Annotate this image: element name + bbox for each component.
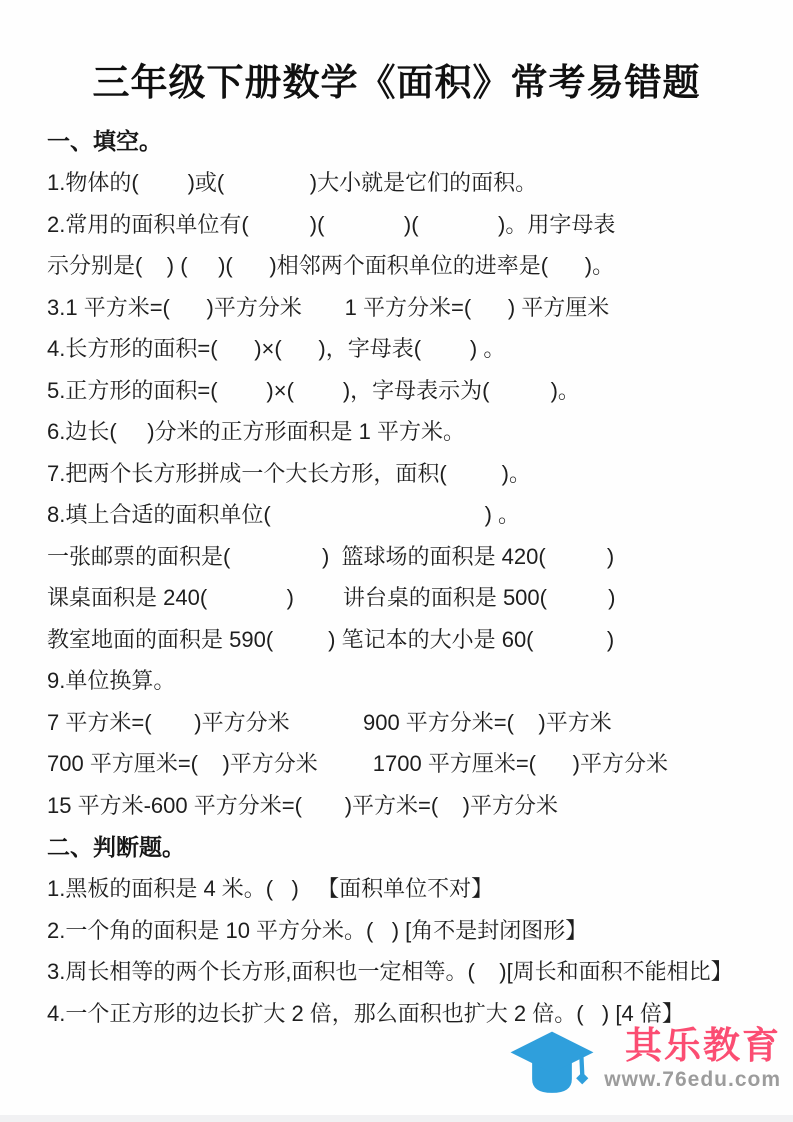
logo-website-url: www.76edu.com <box>604 1067 781 1093</box>
fill-blank-line-1: 1.物体的( )或( )大小就是它们的面积。 <box>47 162 767 204</box>
worksheet-body: 一、填空。 1.物体的( )或( )大小就是它们的面积。 2.常用的面积单位有(… <box>0 108 793 1034</box>
fill-blank-line-8: 8.填上合适的面积单位( ) 。 <box>47 494 767 536</box>
worksheet-page: 三年级下册数学《面积》常考易错题 一、填空。 1.物体的( )或( )大小就是它… <box>0 0 793 1122</box>
judge-line-2: 2.一个角的面积是 10 平方分米。( ) [角不是封闭图形】 <box>47 910 767 952</box>
logo-brand-name: 其乐教育 <box>625 1025 781 1067</box>
graduation-cap-icon <box>508 1029 596 1110</box>
judge-line-3: 3.周长相等的两个长方形,面积也一定相等。( )[周长和面积不能相比】 <box>47 951 767 993</box>
fill-blank-line-4: 4.长方形的面积=( )×( )，字母表( ) 。 <box>47 328 767 370</box>
qile-education-logo: 其乐教育 www.76edu.com <box>508 1025 781 1110</box>
fill-blank-line-7: 7.把两个长方形拼成一个大长方形，面积( )。 <box>47 453 767 495</box>
unit-convert-line-2: 700 平方厘米=( )平方分米 1700 平方厘米=( )平方分米 <box>47 743 767 785</box>
fill-blank-line-8a: 一张邮票的面积是( ) 篮球场的面积是 420( ) <box>47 536 767 578</box>
fill-blank-line-5: 5.正方形的面积=( )×( )，字母表示为( )。 <box>47 370 767 412</box>
fill-blank-line-3: 3.1 平方米=( )平方分米 1 平方分米=( ) 平方厘米 <box>47 287 767 329</box>
fill-blank-line-2: 2.常用的面积单位有( )( )( )。用字母表 <box>47 204 767 246</box>
unit-convert-line-1: 7 平方米=( )平方分米 900 平方分米=( )平方米 <box>47 702 767 744</box>
fill-blank-line-8c: 教室地面的面积是 590( ) 笔记本的大小是 60( ) <box>47 619 767 661</box>
fill-blank-line-8b: 课桌面积是 240( ) 讲台桌的面积是 500( ) <box>47 577 767 619</box>
judge-line-1: 1.黑板的面积是 4 米。( ) 【面积单位不对】 <box>47 868 767 910</box>
fill-blank-line-9: 9.单位换算。 <box>47 660 767 702</box>
page-title: 三年级下册数学《面积》常考易错题 <box>18 58 775 108</box>
page-bottom-edge <box>0 1115 793 1122</box>
section-judge-heading: 二、判断题。 <box>47 826 767 868</box>
section-fill-blank-heading: 一、填空。 <box>47 120 767 162</box>
unit-convert-line-3: 15 平方米-600 平方分米=( )平方米=( )平方分米 <box>47 785 767 827</box>
fill-blank-line-2b: 示分别是( ) ( )( )相邻两个面积单位的进率是( )。 <box>47 245 767 287</box>
fill-blank-line-6: 6.边长( )分米的正方形面积是 1 平方米。 <box>47 411 767 453</box>
logo-text-block: 其乐教育 www.76edu.com <box>604 1025 781 1093</box>
